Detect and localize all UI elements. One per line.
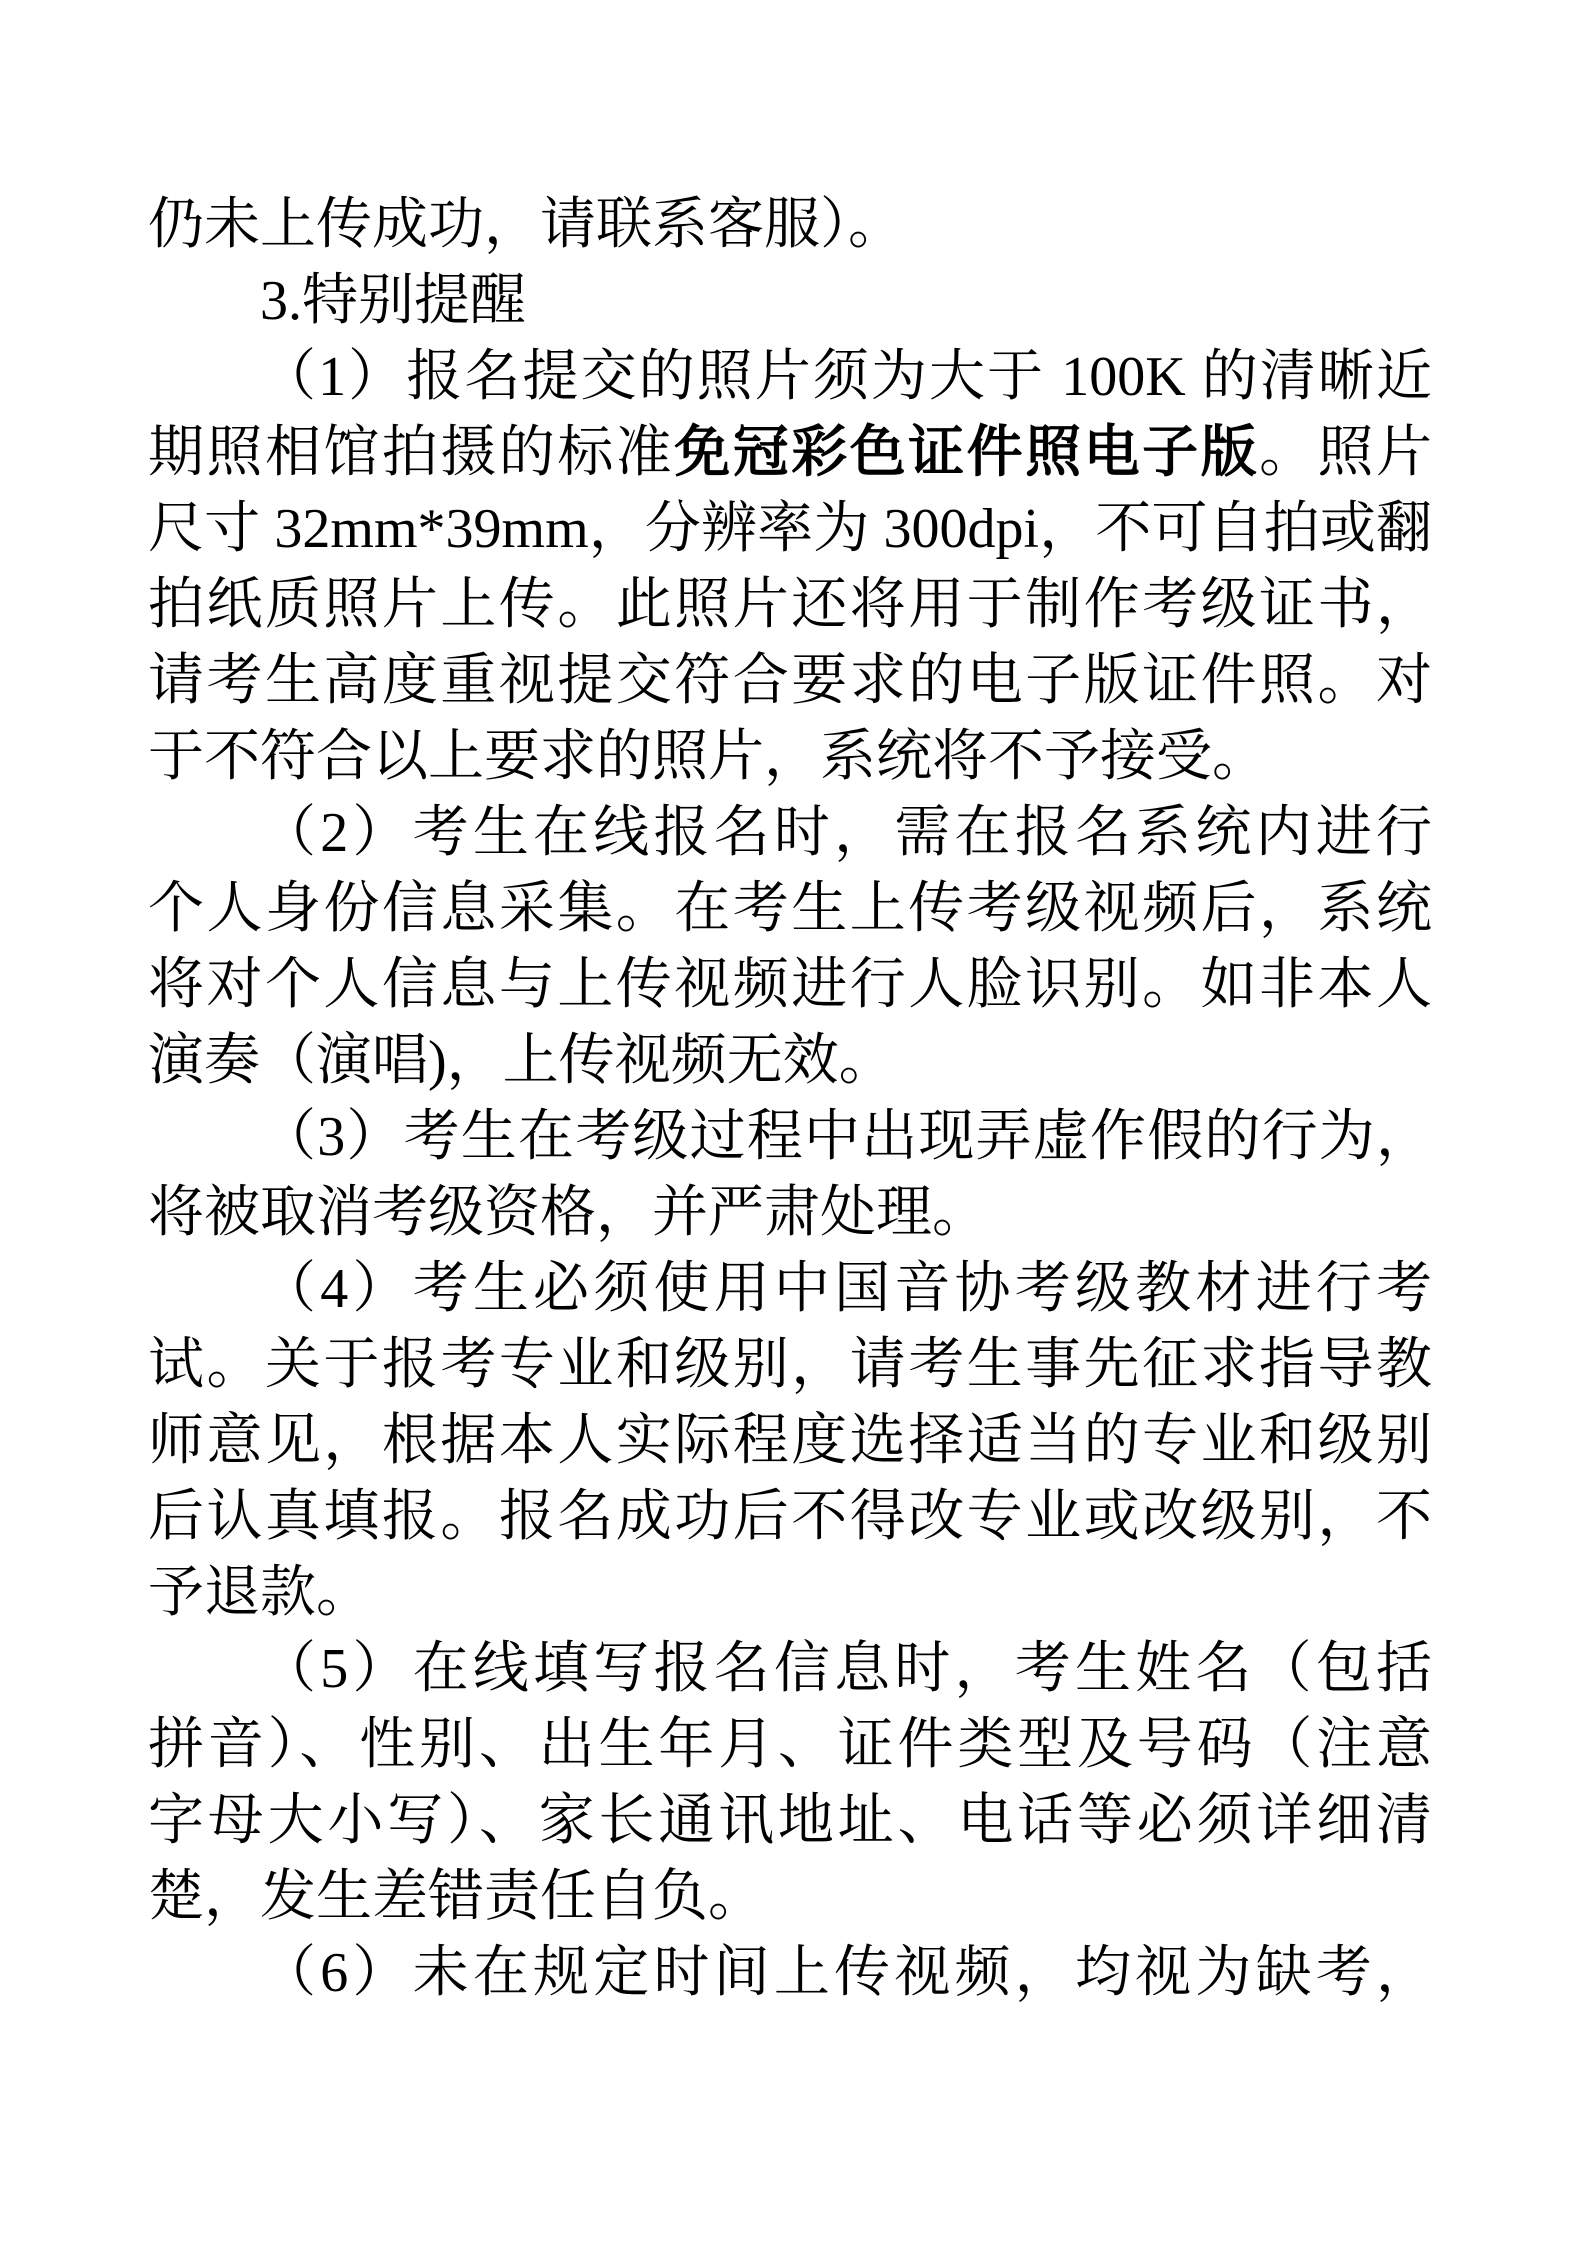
text-line: （3）考生在考级过程中出现弄虚作假的行为， [148, 1099, 1432, 1175]
text-segment: （4）考生必须使用中国音协考级教材进行考 [260, 1258, 1432, 1320]
text-line: 予退款。 [148, 1555, 1432, 1631]
text-segment: （5）在线填写报名信息时，考生姓名（包括 [260, 1638, 1432, 1700]
text-line: （6）未在规定时间上传视频，均视为缺考， [148, 1935, 1432, 2011]
text-line: （5）在线填写报名信息时，考生姓名（包括 [148, 1631, 1432, 1707]
text-line: 楚，发生差错责任自负。 [148, 1859, 1432, 1935]
text-line: 仍未上传成功，请联系客服）。 [148, 187, 1432, 263]
text-line: 师意见，根据本人实际程度选择适当的专业和级别 [148, 1403, 1432, 1479]
text-line: 个人身份信息采集。在考生上传考级视频后，系统 [148, 871, 1432, 947]
text-segment: 。照片 [1259, 422, 1432, 484]
text-segment: 请考生高度重视提交符合要求的电子版证件照。对 [148, 650, 1432, 712]
text-line: 后认真填报。报名成功后不得改专业或改级别，不 [148, 1479, 1432, 1555]
text-segment: 期照相馆拍摄的标准 [148, 422, 674, 484]
text-segment: 拼音）、性别、出生年月、证件类型及号码（注意 [148, 1714, 1432, 1776]
text-line: （1）报名提交的照片须为大于 100K 的清晰近 [148, 339, 1432, 415]
text-segment: （6）未在规定时间上传视频，均视为缺考， [260, 1942, 1432, 2004]
text-segment: 后认真填报。报名成功后不得改专业或改级别，不 [148, 1486, 1432, 1548]
text-line: 将被取消考级资格，并严肃处理。 [148, 1175, 1432, 1251]
text-line: （2）考生在线报名时，需在报名系统内进行 [148, 795, 1432, 871]
text-segment: （3）考生在考级过程中出现弄虚作假的行为， [260, 1106, 1432, 1168]
text-line: 请考生高度重视提交符合要求的电子版证件照。对 [148, 643, 1432, 719]
text-line: 尺寸 32mm*39mm，分辨率为 300dpi，不可自拍或翻 [148, 491, 1432, 567]
text-segment: 楚，发生差错责任自负。 [148, 1866, 764, 1928]
text-line: 期照相馆拍摄的标准免冠彩色证件照电子版。照片 [148, 415, 1432, 491]
text-line: 拍纸质照片上传。此照片还将用于制作考级证书， [148, 567, 1432, 643]
text-segment: 仍未上传成功，请联系客服）。 [148, 194, 904, 256]
text-segment: 演奏（演唱)，上传视频无效。 [148, 1030, 895, 1092]
document-text-block: 仍未上传成功，请联系客服）。3.特别提醒（1）报名提交的照片须为大于 100K … [148, 187, 1432, 2011]
text-line: 演奏（演唱)，上传视频无效。 [148, 1023, 1432, 1099]
text-segment: 字母大小写）、家长通讯地址、电话等必须详细清 [148, 1790, 1432, 1852]
text-segment: 将被取消考级资格，并严肃处理。 [148, 1182, 988, 1244]
text-segment: 3.特别提醒 [260, 270, 526, 332]
text-line: 试。关于报考专业和级别，请考生事先征求指导教 [148, 1327, 1432, 1403]
text-line: （4）考生必须使用中国音协考级教材进行考 [148, 1251, 1432, 1327]
text-segment: （2）考生在线报名时，需在报名系统内进行 [260, 802, 1432, 864]
text-segment: 师意见，根据本人实际程度选择适当的专业和级别 [148, 1410, 1432, 1472]
text-segment: 个人身份信息采集。在考生上传考级视频后，系统 [148, 878, 1432, 940]
bold-emphasis: 免冠彩色证件照电子版 [674, 422, 1259, 484]
text-segment: 予退款。 [148, 1562, 372, 1624]
text-line: 将对个人信息与上传视频进行人脸识别。如非本人 [148, 947, 1432, 1023]
text-segment: 于不符合以上要求的照片，系统将不予接受。 [148, 726, 1268, 788]
text-line: 拼音）、性别、出生年月、证件类型及号码（注意 [148, 1707, 1432, 1783]
text-segment: （1）报名提交的照片须为大于 100K 的清晰近 [260, 346, 1432, 408]
text-segment: 拍纸质照片上传。此照片还将用于制作考级证书， [148, 574, 1432, 636]
document-page: 仍未上传成功，请联系客服）。3.特别提醒（1）报名提交的照片须为大于 100K … [0, 0, 1587, 2245]
text-segment: 尺寸 32mm*39mm，分辨率为 300dpi，不可自拍或翻 [148, 498, 1432, 560]
text-line: 3.特别提醒 [148, 263, 1432, 339]
text-segment: 将对个人信息与上传视频进行人脸识别。如非本人 [148, 954, 1432, 1016]
text-line: 于不符合以上要求的照片，系统将不予接受。 [148, 719, 1432, 795]
text-segment: 试。关于报考专业和级别，请考生事先征求指导教 [148, 1334, 1432, 1396]
text-line: 字母大小写）、家长通讯地址、电话等必须详细清 [148, 1783, 1432, 1859]
